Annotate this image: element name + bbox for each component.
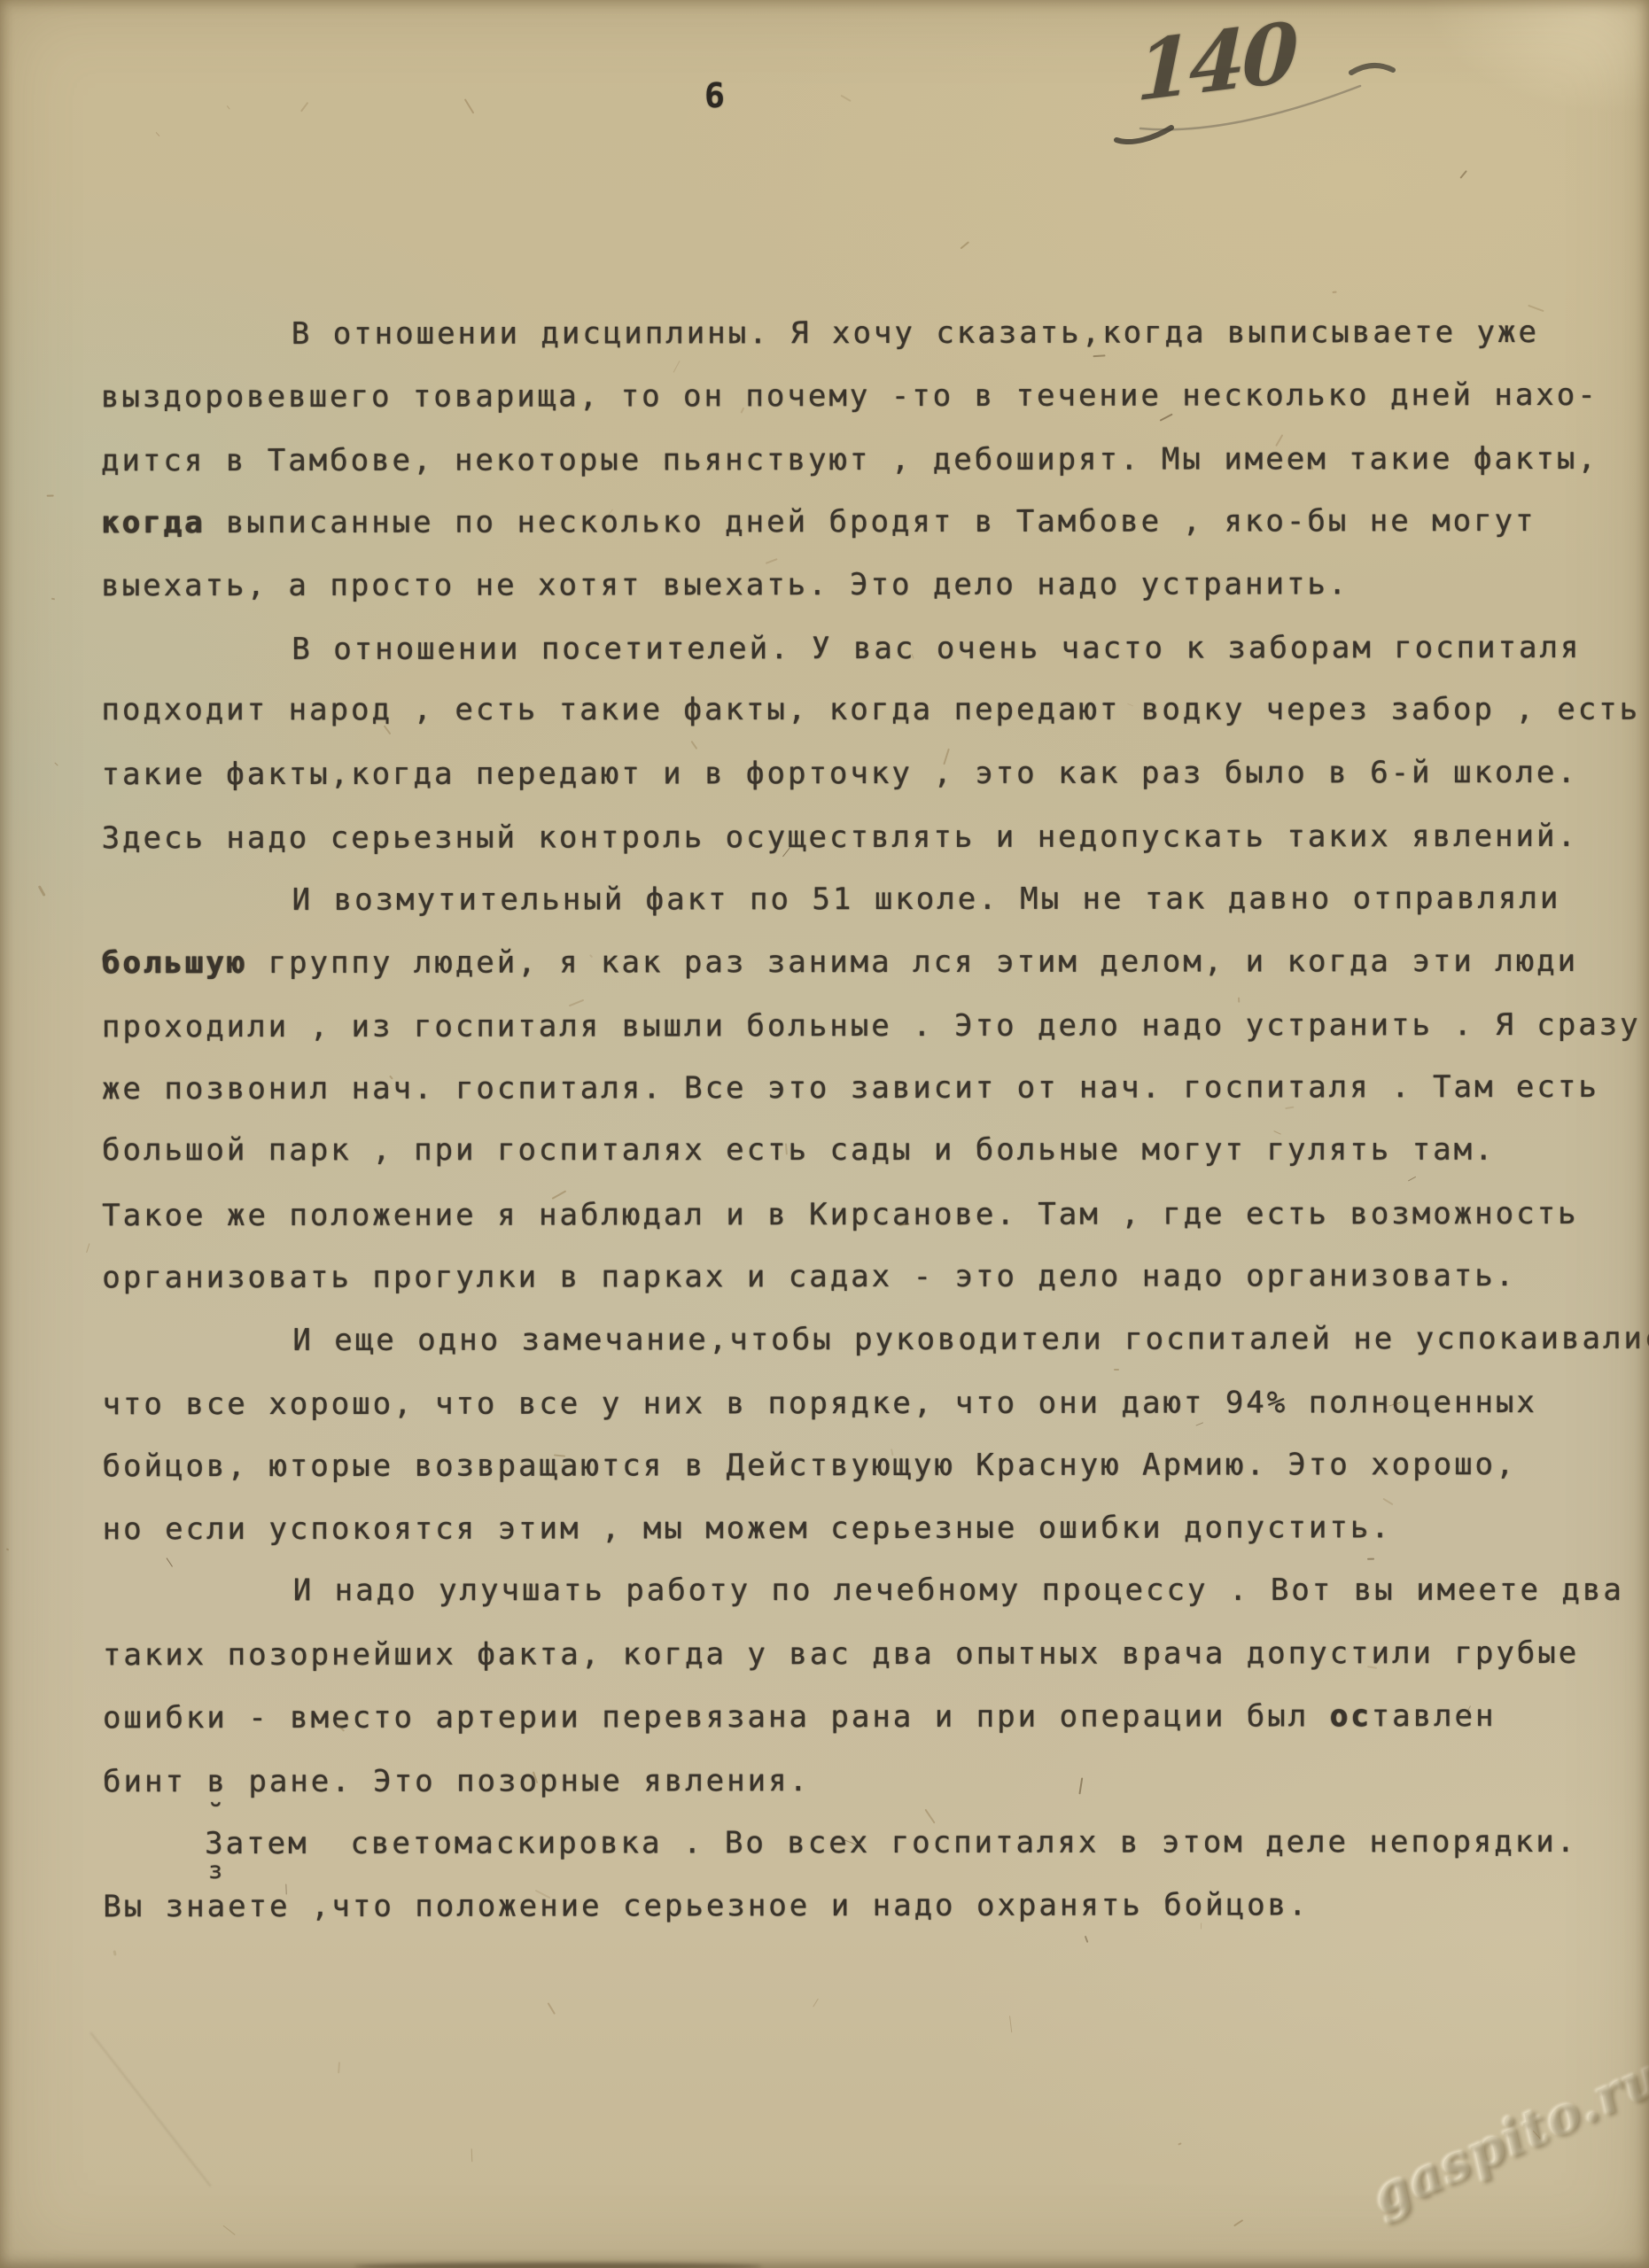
paper-crease — [89, 2032, 211, 2187]
text-segment: когда — [101, 505, 205, 540]
text-line: что все хорошо, что все у них в порядке,… — [102, 1371, 1649, 1436]
text-segment: В отношении посетителей. У вас очень час… — [292, 630, 1581, 667]
archive-watermark: gaspito.ru — [1363, 1955, 1649, 2226]
text-line: Здесь надо серьезный контроль осуществля… — [102, 805, 1649, 870]
text-segment: подходит народ , есть такие факты, когда… — [101, 692, 1640, 728]
text-line: И возмутительный факт по 51 школе. Мы не… — [102, 867, 1649, 932]
paper-fiber — [1533, 2131, 1541, 2140]
text-segment: тавлен — [1372, 1698, 1497, 1734]
text-line: Затем светомаскировка . Во всех госпитал… — [103, 1811, 1649, 1876]
paper-fiber — [840, 94, 852, 102]
paper-fiber — [463, 98, 474, 113]
paper-fiber — [5, 1549, 9, 1552]
text-segment: организовать прогулки в парках и садах -… — [102, 1258, 1516, 1295]
text-segment: И возмутительный факт по 51 школе. Мы не… — [292, 881, 1561, 918]
paper-fiber — [54, 762, 58, 765]
typo-correction-mark-above: ˘ — [206, 1798, 225, 1834]
paper-fiber — [1333, 291, 1337, 293]
text-segment: проходили , из госпиталя вышли больные .… — [102, 1007, 1641, 1045]
text-segment: Затем светомаскировка . Во всех госпитал… — [205, 1824, 1577, 1861]
text-line: ошибки - вместо артерии перевязана рана … — [103, 1685, 1649, 1750]
text-line: Вы знаете ,что положение серьезное и над… — [103, 1874, 1649, 1938]
text-segment: Здесь надо серьезный контроль осуществля… — [102, 819, 1578, 856]
paper-fiber — [226, 105, 229, 110]
paper-fiber — [1178, 2142, 1182, 2146]
scan-bottom-edge — [354, 2263, 762, 2268]
text-line: когда выписанные по несколько дней бродя… — [101, 490, 1648, 555]
text-segment: бинт в ране. Это позорные явления. — [103, 1763, 810, 1799]
paper-corner-highlight — [1410, 0, 1649, 124]
paper-fiber — [1459, 170, 1467, 179]
paper-fiber — [471, 2149, 472, 2163]
text-segment: ос — [1330, 1698, 1372, 1734]
text-line: большую группу людей, я как раз занима л… — [102, 930, 1649, 995]
text-segment: что все хорошо, что все у них в порядке,… — [102, 1385, 1536, 1422]
paper-fiber — [961, 241, 969, 249]
text-segment: выписанные по несколько дней бродят в Та… — [205, 503, 1536, 540]
paper-fiber — [86, 1243, 89, 1252]
paper-fiber — [51, 598, 55, 601]
text-line: бинт в ране. Это позорные явления. — [103, 1749, 1649, 1814]
text-segment: большой парк , при госпиталях есть сады … — [102, 1132, 1495, 1169]
text-line: выздоровевшего товарища, то он почему -т… — [101, 364, 1648, 429]
paper-fiber — [113, 1950, 117, 1955]
paper-fiber — [300, 102, 308, 113]
paper-fiber — [338, 2062, 340, 2073]
text-line: же позвонил нач. госпиталя. Все это зави… — [102, 1056, 1649, 1121]
text-line: таких позорнейших факта, когда у вас два… — [103, 1622, 1649, 1687]
text-line: Такое же положение я наблюдал и в Кирсан… — [102, 1183, 1649, 1247]
text-line: В отношении дисциплины. Я хочу сказать,к… — [101, 301, 1648, 366]
text-line: выехать, а просто не хотят выехать. Это … — [101, 553, 1648, 617]
text-segment: Такое же положение я наблюдал и в Кирсан… — [102, 1196, 1578, 1233]
text-segment: но если успокоятся этим , мы можем серье… — [103, 1510, 1392, 1547]
text-segment: бойцов, юторые возвращаются в Действующу… — [103, 1447, 1517, 1484]
text-line: такие факты,когда передают и в форточку … — [101, 742, 1648, 806]
text-segment: выздоровевшего товарища, то он почему -т… — [101, 377, 1598, 415]
paper-fiber — [156, 132, 160, 136]
text-line: бойцов, юторые возвращаются в Действующу… — [102, 1433, 1649, 1498]
text-line: дится в Тамбове, некоторые пьянствуют , … — [101, 428, 1648, 493]
text-line: проходили , из госпиталя вышли больные .… — [102, 994, 1649, 1059]
text-segment: И еще одно замечание,чтобы руководители … — [292, 1321, 1649, 1358]
paper-fiber — [548, 2002, 556, 2014]
paper-fiber — [38, 885, 45, 896]
text-line: большой парк , при госпиталях есть сады … — [102, 1119, 1649, 1183]
paper-fiber — [1009, 2016, 1013, 2032]
paper-fiber — [47, 495, 54, 497]
text-line: организовать прогулки в парках и садах -… — [102, 1245, 1649, 1309]
text-line: подходит народ , есть такие факты, когда… — [101, 679, 1648, 742]
text-segment: такие факты,когда передают и в форточку … — [101, 755, 1577, 792]
paper-fiber — [1234, 2219, 1244, 2226]
text-segment: выехать, а просто не хотят выехать. Это … — [101, 566, 1349, 603]
handwritten-archive-number: 140 — [1136, 4, 1296, 120]
paper-fiber — [813, 1998, 819, 2007]
text-segment: же позвонил нач. госпиталя. Все это зави… — [102, 1069, 1599, 1107]
text-segment: группу людей, я как раз занима лся этим … — [247, 944, 1578, 981]
scanned-document-page: 6 140 В отношении дисциплины. Я хочу ска… — [0, 0, 1649, 2268]
text-segment: Вы знаете ,что положение серьезное и над… — [103, 1887, 1309, 1924]
text-segment: таких позорнейших факта, когда у вас два… — [103, 1635, 1579, 1673]
text-line: И надо улучшать работу по лечебному проц… — [103, 1559, 1649, 1623]
page-number: 6 — [704, 76, 725, 115]
text-segment: большую — [102, 945, 247, 981]
paper-fiber — [222, 2225, 235, 2236]
typewritten-text-block: В отношении дисциплины. Я хочу сказать,к… — [101, 301, 1649, 1938]
text-segment: ошибки - вместо артерии перевязана рана … — [103, 1698, 1330, 1736]
text-line: И еще одно замечание,чтобы руководители … — [102, 1308, 1649, 1372]
text-line: В отношении посетителей. У вас очень час… — [101, 617, 1648, 681]
text-segment: В отношении дисциплины. Я хочу сказать,к… — [292, 315, 1539, 352]
text-segment: И надо улучшать работу по лечебному проц… — [293, 1573, 1624, 1609]
text-line: но если успокоятся этим , мы можем серье… — [103, 1496, 1649, 1561]
text-segment: дится в Тамбове, некоторые пьянствуют , … — [101, 441, 1598, 478]
